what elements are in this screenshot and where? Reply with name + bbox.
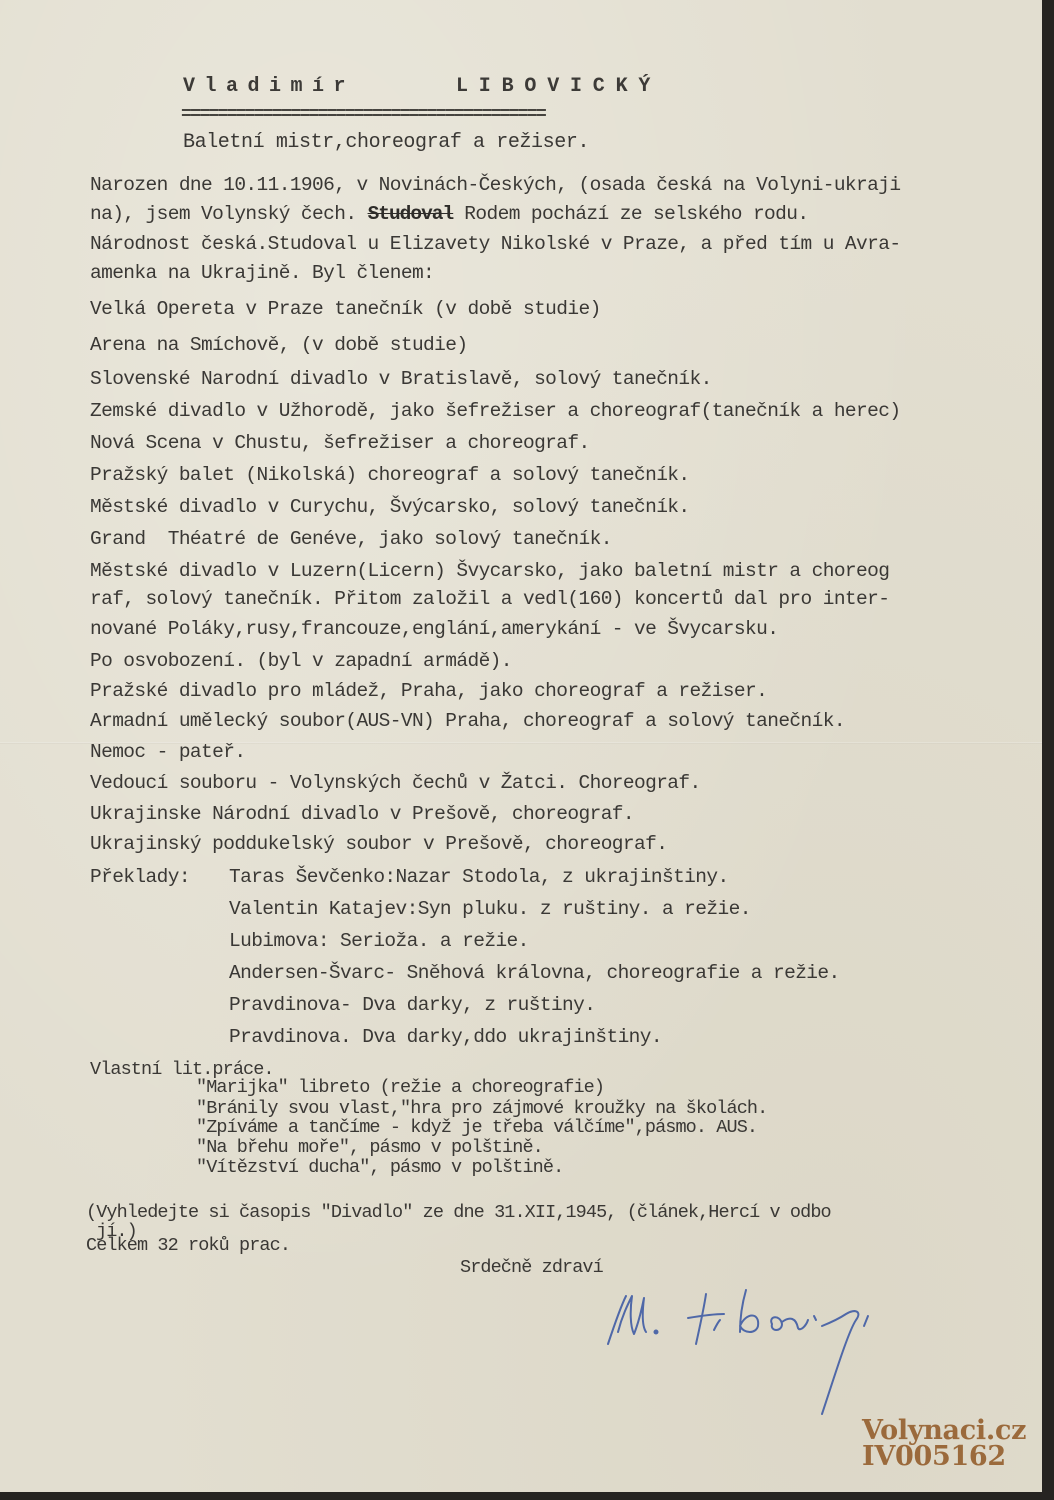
career-line: Slovenské Narodní divadlo v Bratislavě, … — [90, 368, 712, 390]
total-years: Celkem 32 roků prac. — [86, 1238, 290, 1255]
career-line: Nemoc - pateř. — [90, 741, 245, 763]
career-line: Ukrajinske Národní divadlo v Prešově, ch… — [90, 803, 634, 825]
closing-greeting: Srdečně zdraví — [460, 1260, 603, 1277]
intro-line-4: amenka na Ukrajině. Byl členem: — [90, 262, 434, 284]
subtitle: Baletní mistr,choreograf a režiser. — [183, 132, 589, 154]
career-line: Nová Scena v Chustu, šefrežiser a choreo… — [90, 432, 590, 454]
translation-item: Valentin Katajev:Syn pluku. z ruštiny. a… — [229, 898, 751, 920]
translations-label: Překlady: — [90, 866, 190, 888]
title-first-name: Vladimír — [183, 76, 355, 98]
own-work-item: "Bránily svou vlast,"hra pro zájmové kro… — [196, 1101, 767, 1118]
intro-line-2-end: Rodem pochází ze selského rodu. — [453, 203, 808, 225]
intro-line-2: na), jsem Volynský čech. Studoval Rodem … — [90, 203, 808, 225]
archive-watermark: Volynaci.cz IV005162 — [862, 1418, 1026, 1470]
title-last-name: LIBOVICKÝ — [456, 76, 661, 98]
own-work-item: "Na břehu moře", pásmo v polštině. — [196, 1140, 543, 1157]
career-line: Armadní umělecký soubor(AUS-VN) Praha, c… — [90, 710, 845, 732]
translation-item: Pravdinova- Dva darky, z ruštiny. — [229, 994, 595, 1016]
career-line: Vedoucí souboru - Volynských čechů v Žat… — [90, 772, 701, 794]
handwritten-signature — [600, 1286, 1000, 1436]
own-work-item: "Vítězství ducha", pásmo v polštině. — [196, 1160, 563, 1177]
intro-line-3: Národnost česká.Studoval u Elizavety Nik… — [90, 233, 900, 255]
career-line: Městské divadlo v Luzern(Licern) Švycars… — [90, 560, 889, 582]
own-work-item: "Marijka" libreto (režie a choreografie) — [196, 1080, 604, 1097]
career-line: Zemské divadlo v Užhorodě, jako šefrežis… — [90, 400, 900, 422]
career-line: raf, solový tanečník. Přitom založil a v… — [90, 588, 889, 610]
translation-item: Lubimova: Serioža. a režie. — [229, 930, 529, 952]
translation-item: Taras Ševčenko:Nazar Stodola, z ukrajinš… — [229, 866, 729, 888]
intro-line-1: Narozen dne 10.11.1906, v Novinách-Český… — [90, 174, 900, 196]
career-line: nované Poláky,rusy,francouze,englání,ame… — [90, 618, 778, 640]
career-line: Po osvobození. (byl v zapadní armádě). — [90, 650, 512, 672]
career-line: Městské divadlo v Curychu, Švýcarsko, so… — [90, 496, 690, 518]
career-line: Pražský balet (Nikolská) choreograf a so… — [90, 464, 690, 486]
watermark-id: IV005162 — [862, 1444, 1026, 1470]
career-line: Grand Théatré de Genéve, jako solový tan… — [90, 528, 612, 550]
struck-out-word: Studoval — [368, 203, 454, 225]
career-line: Ukrajinský poddukelský soubor v Prešově,… — [90, 833, 667, 855]
intro-line-2-start: na), jsem Volynský čech. — [90, 203, 368, 225]
career-line: Pražské divadlo pro mládež, Praha, jako … — [90, 680, 767, 702]
translation-item: Pravdinova. Dva darky,ddo ukrajinštiny. — [229, 1026, 662, 1048]
title-underline: ======================================== — [181, 104, 545, 126]
career-line: Velká Opereta v Praze tanečník (v době s… — [90, 298, 601, 320]
translation-item: Andersen-Švarc- Sněhová královna, choreo… — [229, 962, 840, 984]
note-line-1: (Vyhledejte si časopis "Divadlo" ze dne … — [86, 1205, 831, 1222]
own-work-item: "Zpíváme a tančíme - když je třeba válčí… — [196, 1120, 757, 1137]
document-page: Vladimír LIBOVICKÝ =====================… — [0, 0, 1042, 1492]
career-line: Arena na Smíchově, (v době studie) — [90, 334, 467, 356]
